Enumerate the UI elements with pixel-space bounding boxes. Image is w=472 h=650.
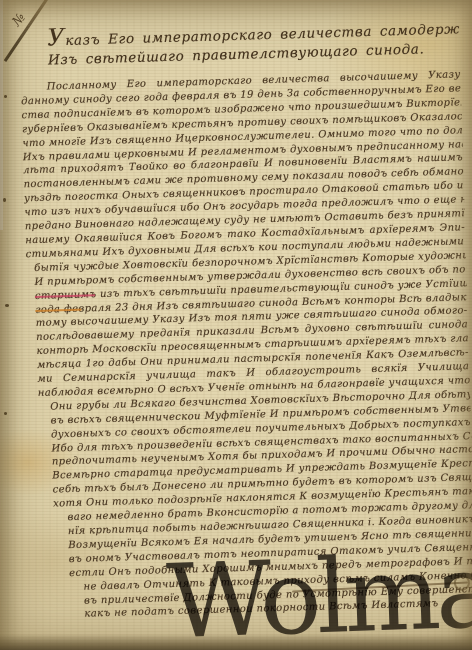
scanned-manuscript-page: № Указъ Его императорскаго величества са… [0, 0, 472, 650]
paper-bottom-edge [0, 634, 472, 650]
edge-vignette [0, 0, 472, 650]
